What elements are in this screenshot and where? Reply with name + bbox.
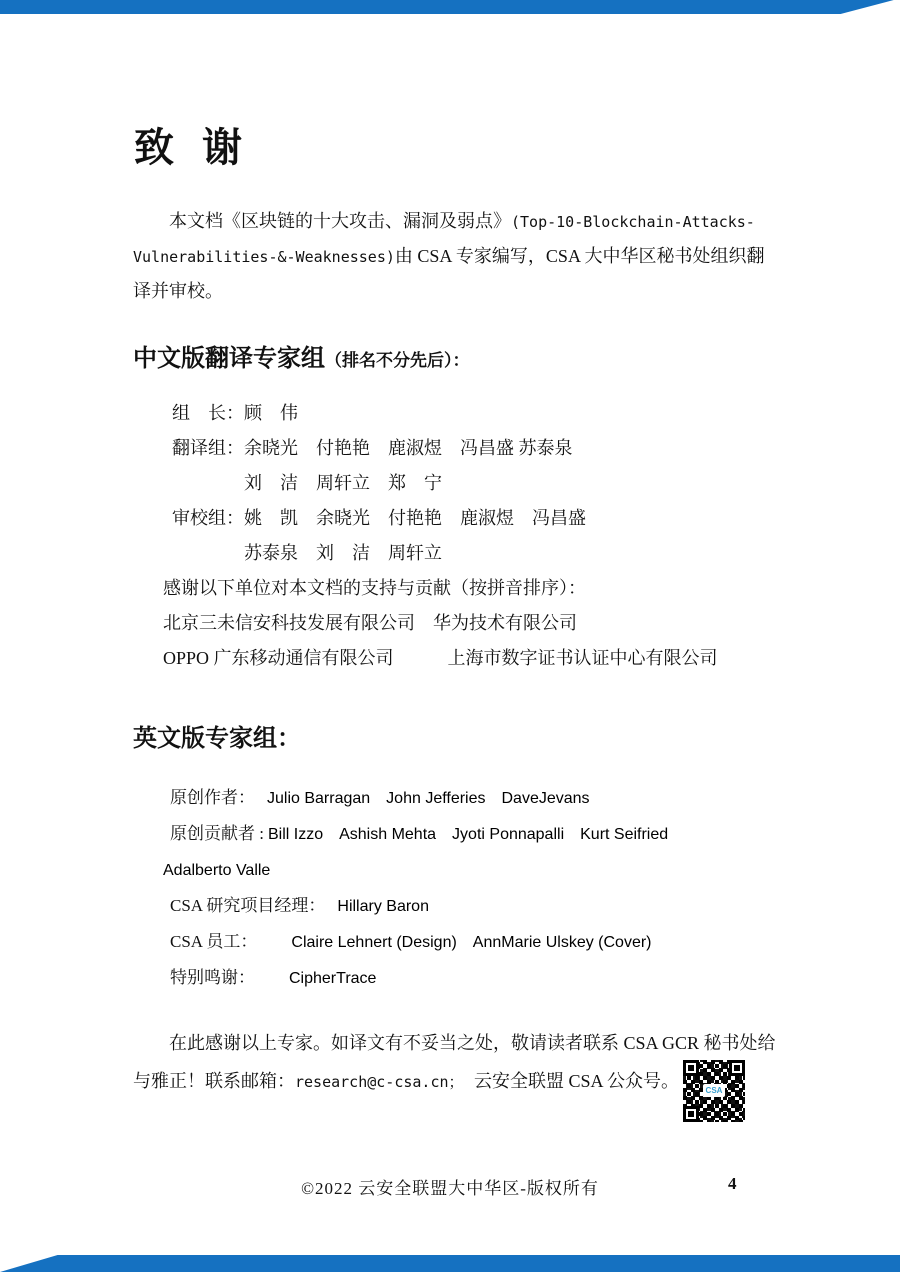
- bottom-accent-band: [0, 1255, 900, 1272]
- page-number: 4: [728, 1174, 737, 1194]
- top-accent-band: [0, 0, 900, 14]
- qr-finder-top-left-icon: [683, 1060, 699, 1076]
- org-row-1: 北京三未信安科技发展有限公司 华为技术有限公司: [133, 606, 813, 641]
- en-row-authors-label: 原创作者：: [170, 788, 255, 807]
- en-experts-list: 原创作者：Julio Barragan John Jefferies DaveJ…: [133, 780, 833, 996]
- qr-code: CSA: [683, 1060, 745, 1122]
- en-row-staff: CSA 员工：Claire Lehnert (Design) AnnMarie …: [133, 924, 833, 960]
- intro-line2-cn: 由 CSA 专家编写，CSA 大中华区秘书处组织翻: [395, 246, 765, 266]
- closing-line2-pre: 与雅正！联系邮箱：: [133, 1071, 295, 1091]
- closing-line2-post: 云安全联盟 CSA 公众号。: [456, 1071, 679, 1091]
- leader-row: 组 长：顾 伟: [133, 396, 813, 431]
- en-row-staff-names: Claire Lehnert (Design) AnnMarie Ulskey …: [291, 934, 651, 951]
- en-experts-heading-text: 英文版专家组：: [133, 726, 301, 752]
- en-row-staff-label: CSA 员工：: [170, 932, 257, 951]
- intro-line-2: Vulnerabilities-&-Weaknesses)由 CSA 专家编写，…: [133, 239, 793, 274]
- en-row-manager-names: Hillary Baron: [337, 898, 429, 915]
- org-thanks-row: 感谢以下单位对本文档的支持与贡献（按拼音排序）：: [133, 571, 813, 606]
- en-row-contributors-label: 原创贡献者 :: [170, 824, 264, 843]
- cn-experts-heading-note: （排名不分先后）：: [325, 351, 470, 370]
- en-row-manager-label: CSA 研究项目经理：: [170, 896, 325, 915]
- reviewer-row-2: 苏泰泉 刘 洁 周轩立: [133, 536, 813, 571]
- contact-email: research@c-csa.cn；: [295, 1073, 456, 1091]
- en-row-authors: 原创作者：Julio Barragan John Jefferies DaveJ…: [133, 780, 833, 816]
- document-page: 致 谢 本文档《区块链的十大攻击、漏洞及弱点》(Top-10-Blockchai…: [0, 0, 900, 1272]
- en-row-special-thanks: 特别鸣谢：CipherTrace: [133, 960, 833, 996]
- intro-line2-en: Vulnerabilities-&-Weaknesses): [133, 248, 395, 266]
- intro-line-1: 本文档《区块链的十大攻击、漏洞及弱点》(Top-10-Blockchain-At…: [133, 204, 793, 239]
- en-row-contributors2-names: Adalberto Valle: [163, 862, 270, 879]
- intro-line1-en: (Top-10-Blockchain-Attacks-: [511, 213, 755, 231]
- en-row-contributors-names: Bill Izzo Ashish Mehta Jyoti Ponnapalli …: [268, 826, 668, 843]
- footer-copyright: ©2022 云安全联盟大中华区-版权所有: [0, 1174, 900, 1199]
- en-experts-heading: 英文版专家组：: [133, 718, 301, 753]
- intro-line3-text: 译并审校。: [133, 281, 223, 301]
- intro-paragraph: 本文档《区块链的十大攻击、漏洞及弱点》(Top-10-Blockchain-At…: [133, 204, 793, 309]
- qr-finder-bottom-left-icon: [683, 1106, 699, 1122]
- intro-line1-cn: 本文档《区块链的十大攻击、漏洞及弱点》: [169, 211, 511, 231]
- closing-line-1: 在此感谢以上专家。如译文有不妥当之处，敬请读者联系 CSA GCR 秘书处给: [133, 1024, 798, 1062]
- en-row-special-thanks-label: 特别鸣谢：: [170, 968, 255, 987]
- org-row-2: OPPO 广东移动通信有限公司 上海市数字证书认证中心有限公司: [133, 641, 813, 676]
- translator-row-2: 刘 洁 周轩立 郑 宁: [133, 466, 813, 501]
- cn-experts-heading-text: 中文版翻译专家组: [133, 346, 325, 372]
- qr-finder-top-right-icon: [729, 1060, 745, 1076]
- translator-row: 翻译组：余晓光 付艳艳 鹿淑煜 冯昌盛 苏泰泉: [133, 431, 813, 466]
- en-row-special-thanks-names: CipherTrace: [289, 970, 376, 987]
- en-row-authors-names: Julio Barragan John Jefferies DaveJevans: [267, 790, 590, 807]
- page-title: 致 谢: [134, 116, 244, 173]
- en-row-manager: CSA 研究项目经理：Hillary Baron: [133, 888, 833, 924]
- en-row-contributors: 原创贡献者 :Bill Izzo Ashish Mehta Jyoti Ponn…: [133, 816, 833, 852]
- intro-line-3: 译并审校。: [133, 274, 793, 309]
- qr-center-logo: CSA: [703, 1084, 725, 1097]
- en-row-contributors-2: Adalberto Valle: [133, 852, 833, 888]
- cn-experts-list: 组 长：顾 伟 翻译组：余晓光 付艳艳 鹿淑煜 冯昌盛 苏泰泉 刘 洁 周轩立 …: [133, 396, 813, 676]
- cn-experts-heading: 中文版翻译专家组（排名不分先后）：: [133, 338, 470, 373]
- reviewer-row: 审校组：姚 凯 余晓光 付艳艳 鹿淑煜 冯昌盛: [133, 501, 813, 536]
